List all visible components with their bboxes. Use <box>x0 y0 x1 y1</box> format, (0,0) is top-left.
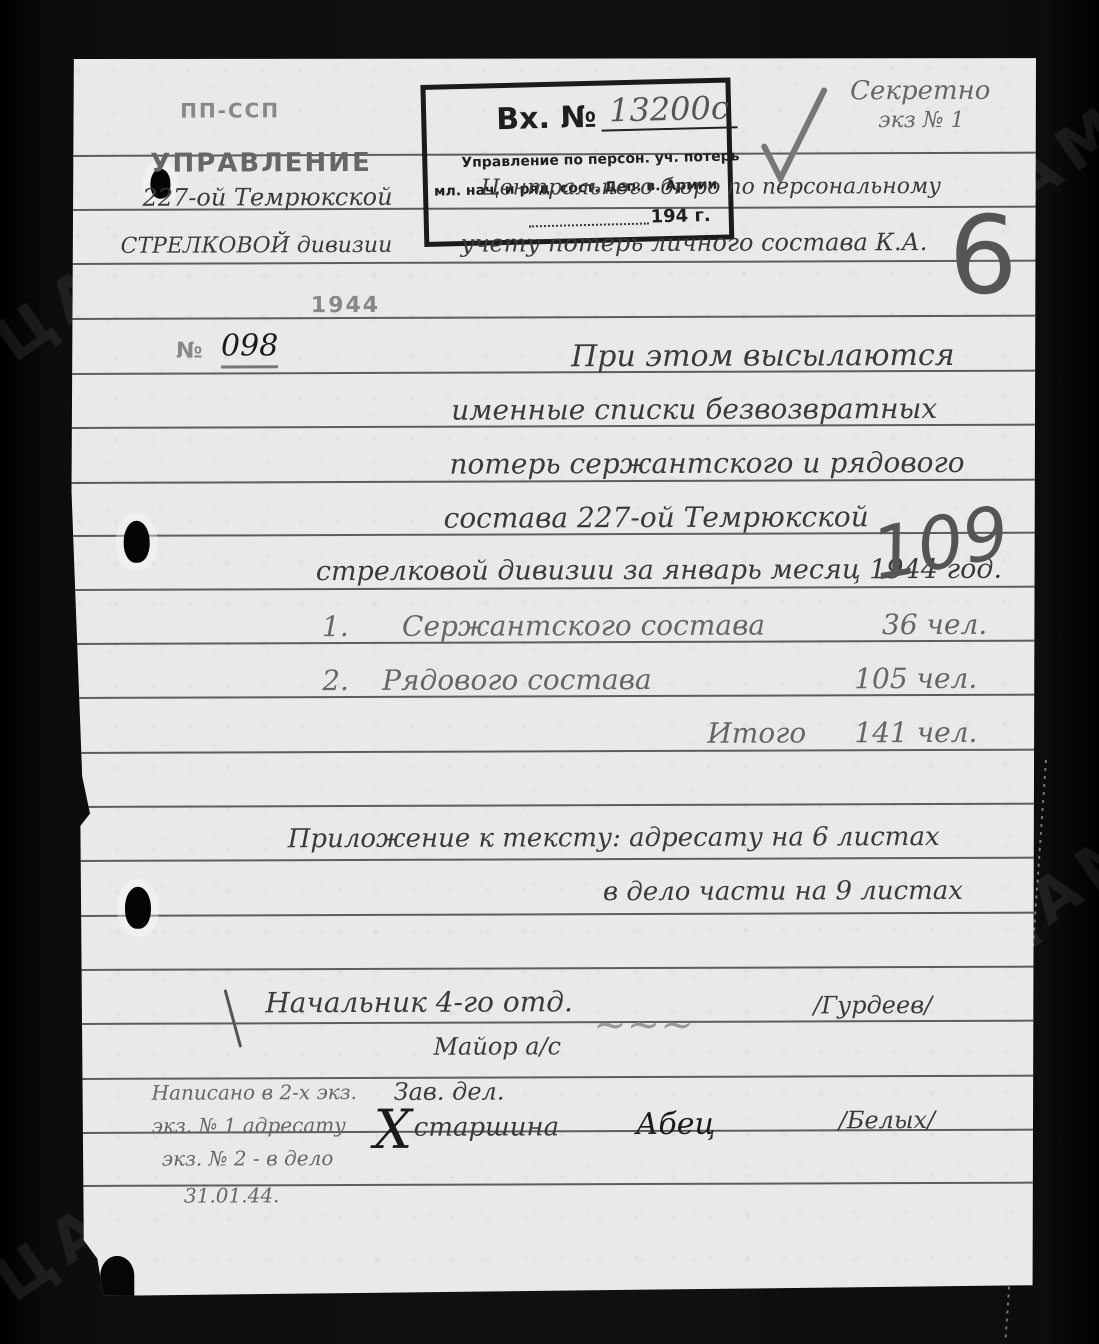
pencil-cross-mark: Х <box>374 1098 413 1161</box>
ruled-line <box>74 1075 1040 1080</box>
clerk-signature: Абец <box>636 1107 716 1142</box>
list-item-index: 1. <box>322 610 349 643</box>
body-line-4: состава 227-ой Темрюкской <box>444 500 869 534</box>
header-org-line-3: СТРЕЛКОВОЙ дивизии <box>121 233 393 259</box>
footer-note-line-3: экз. № 2 - в дело <box>162 1146 334 1171</box>
ruled-line <box>72 749 1038 754</box>
clerk-title-1: Зав. дел. <box>394 1077 505 1105</box>
ruled-line <box>73 803 1039 808</box>
header-stamp-top: ПП-ССП <box>180 98 280 122</box>
incoming-label: Вх. № <box>496 100 597 137</box>
incoming-stamp-year: 194 г. <box>650 205 711 227</box>
clerk-title-2: старшина <box>414 1112 559 1143</box>
body-line-3: потерь сержантского и рядового <box>449 446 964 481</box>
chief-signature: ~~~ <box>593 1002 694 1048</box>
chief-name: /Гурдеев/ <box>813 991 932 1019</box>
list-item-value: 36 чел. <box>882 608 987 641</box>
punch-hole <box>124 521 150 563</box>
chief-title-1: Начальник 4-го отд. <box>265 985 573 1019</box>
ruled-line <box>73 1020 1039 1025</box>
incoming-number: 13200с <box>601 88 738 131</box>
incoming-registration-stamp: Вх. № 13200с Управление по персон. уч. п… <box>420 77 734 247</box>
body-line-1: При этом высылаются <box>571 338 955 374</box>
body-line-2: именные списки безвозвратных <box>451 392 937 427</box>
list-item-value: 105 чел. <box>854 662 977 695</box>
footer-date: 31.01.44. <box>184 1183 280 1207</box>
header-org-line-2: 227-ой Темрюкской <box>142 183 392 212</box>
incoming-stamp-line-1: Управление по персон. уч. потерь <box>461 148 740 171</box>
copy-number: экз № 1 <box>878 108 964 133</box>
stamp-date-dots <box>529 223 649 228</box>
ruled-line <box>71 260 1037 265</box>
list-item-label: Сержантского состава <box>402 609 765 643</box>
header-org-line-1: УПРАВЛЕНИЕ <box>150 148 372 179</box>
footer-note-line-2: экз. № 1 адресату <box>152 1113 346 1138</box>
clerk-name: /Белых/ <box>839 1106 935 1134</box>
classification-label: Секретно <box>850 76 990 106</box>
outgoing-number-label: № <box>176 339 205 364</box>
ruled-line <box>71 315 1037 320</box>
attachment-line-1: Приложение к тексту: адресату на 6 листа… <box>288 822 940 854</box>
ruled-line <box>73 857 1039 862</box>
torn-corner <box>100 1256 134 1296</box>
pencil-number-6: 6 <box>948 194 1017 319</box>
total-label: Итого <box>707 716 806 749</box>
ruled-line <box>73 966 1039 971</box>
punch-hole <box>125 887 151 929</box>
pencil-bracket <box>224 989 243 1048</box>
outgoing-number: 098 <box>221 328 278 368</box>
list-item-label: Рядового состава <box>382 663 652 697</box>
attachment-line-2: в дело части на 9 листах <box>603 876 963 907</box>
document-page: ПП-ССП УПРАВЛЕНИЕ 227-ой Темрюкской СТРЕ… <box>70 56 1040 1296</box>
total-value: 141 чел. <box>854 716 977 749</box>
header-year: 1944 <box>311 293 380 318</box>
ruled-line <box>73 912 1039 917</box>
list-item-index: 2. <box>322 664 349 697</box>
addressee-line-2: учету потерь личного состава К.А. <box>461 228 928 258</box>
footer-note-line-1: Написано в 2-х экз. <box>152 1080 357 1105</box>
checkmark-icon <box>758 86 828 186</box>
chief-title-2: Майор а/с <box>433 1032 561 1060</box>
addressee-line-1: Центрального бюро по персональному <box>480 174 941 201</box>
